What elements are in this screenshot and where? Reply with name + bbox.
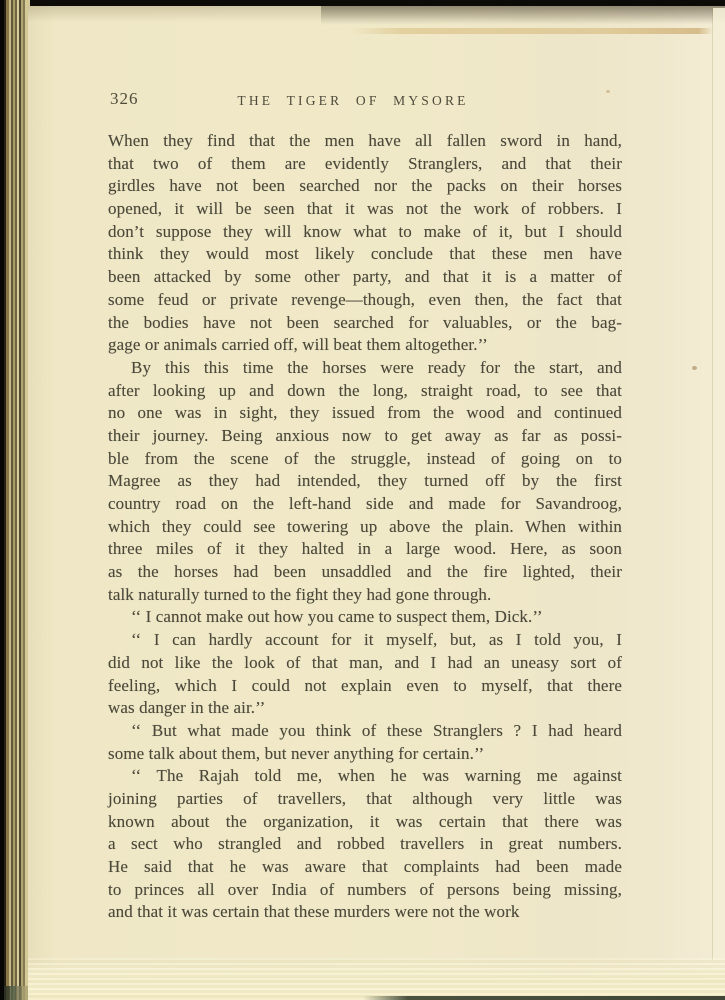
- text-line: ‘‘ The Rajah told me, when he was warnin…: [108, 765, 622, 788]
- page-top-edge-shadow: [321, 6, 725, 28]
- text-line: been attacked by some other party, and t…: [108, 266, 622, 289]
- page-right-edge: [712, 8, 725, 960]
- book-photo: 326 THE TIGER OF MYSORE When they find t…: [0, 0, 725, 1000]
- paper-speck: [692, 366, 697, 370]
- text-line: known about the organization, it was cer…: [108, 811, 622, 834]
- book-binding-foot: [4, 986, 30, 1000]
- text-line: that two of them are evidently Strangler…: [108, 153, 622, 176]
- page-crease: [349, 28, 713, 34]
- page-bottom-edge: [28, 958, 725, 1000]
- text-line: a sect who strangled and robbed travelle…: [108, 833, 622, 856]
- running-title: THE TIGER OF MYSORE: [96, 88, 610, 109]
- text-line: joining parties of travellers, that alth…: [108, 788, 622, 811]
- text-line: ‘‘ But what made you think of these Stra…: [108, 720, 622, 743]
- text-line: after looking up and down the long, stra…: [108, 380, 622, 403]
- text-line: to princes all over India of numbers of …: [108, 879, 622, 902]
- text-line: feeling, which I could not explain even …: [108, 675, 622, 698]
- text-line: ‘‘ I cannot make out how you came to sus…: [108, 606, 622, 629]
- book-page: 326 THE TIGER OF MYSORE When they find t…: [28, 6, 725, 1000]
- text-line: three miles of it they halted in a large…: [108, 538, 622, 561]
- text-line: don’t suppose they will know what to mak…: [108, 221, 622, 244]
- text-line: girdles have not been searched nor the p…: [108, 175, 622, 198]
- page-text: When they find that the men have all fal…: [108, 130, 622, 924]
- text-line: When they find that the men have all fal…: [108, 130, 622, 153]
- text-line: think they would most likely conclude th…: [108, 243, 622, 266]
- text-line: By this this time the horses were ready …: [108, 357, 622, 380]
- text-line: their journey. Being anxious now to get …: [108, 425, 622, 448]
- text-line: some talk about them, but never anything…: [108, 743, 622, 766]
- text-line: opened, it will be seen that it was not …: [108, 198, 622, 221]
- page-content: 326 THE TIGER OF MYSORE When they find t…: [108, 88, 622, 924]
- text-line: the bodies have not been searched for va…: [108, 312, 622, 335]
- text-line: as the horses had been unsaddled and the…: [108, 561, 622, 584]
- text-line: gage or animals carried off, will beat t…: [108, 334, 622, 357]
- text-line: did not like the look of that man, and I…: [108, 652, 622, 675]
- text-line: country road on the left-hand side and m…: [108, 493, 622, 516]
- text-line: was danger in the air.’’: [108, 697, 622, 720]
- running-head: 326 THE TIGER OF MYSORE: [108, 88, 622, 112]
- text-line: talk naturally turned to the fight they …: [108, 584, 622, 607]
- text-line: ble from the scene of the struggle, inst…: [108, 448, 622, 471]
- book-binding: [0, 0, 30, 1000]
- text-line: some feud or private revenge—though, eve…: [108, 289, 622, 312]
- page-bottom-shadow: [363, 996, 725, 1000]
- text-line: which they could see towering up above t…: [108, 516, 622, 539]
- text-line: no one was in sight, they issued from th…: [108, 402, 622, 425]
- text-line: ‘‘ I can hardly account for it myself, b…: [108, 629, 622, 652]
- text-line: Magree as they had intended, they turned…: [108, 470, 622, 493]
- text-line: and that it was certain that these murde…: [108, 901, 622, 924]
- text-line: He said that he was aware that complaint…: [108, 856, 622, 879]
